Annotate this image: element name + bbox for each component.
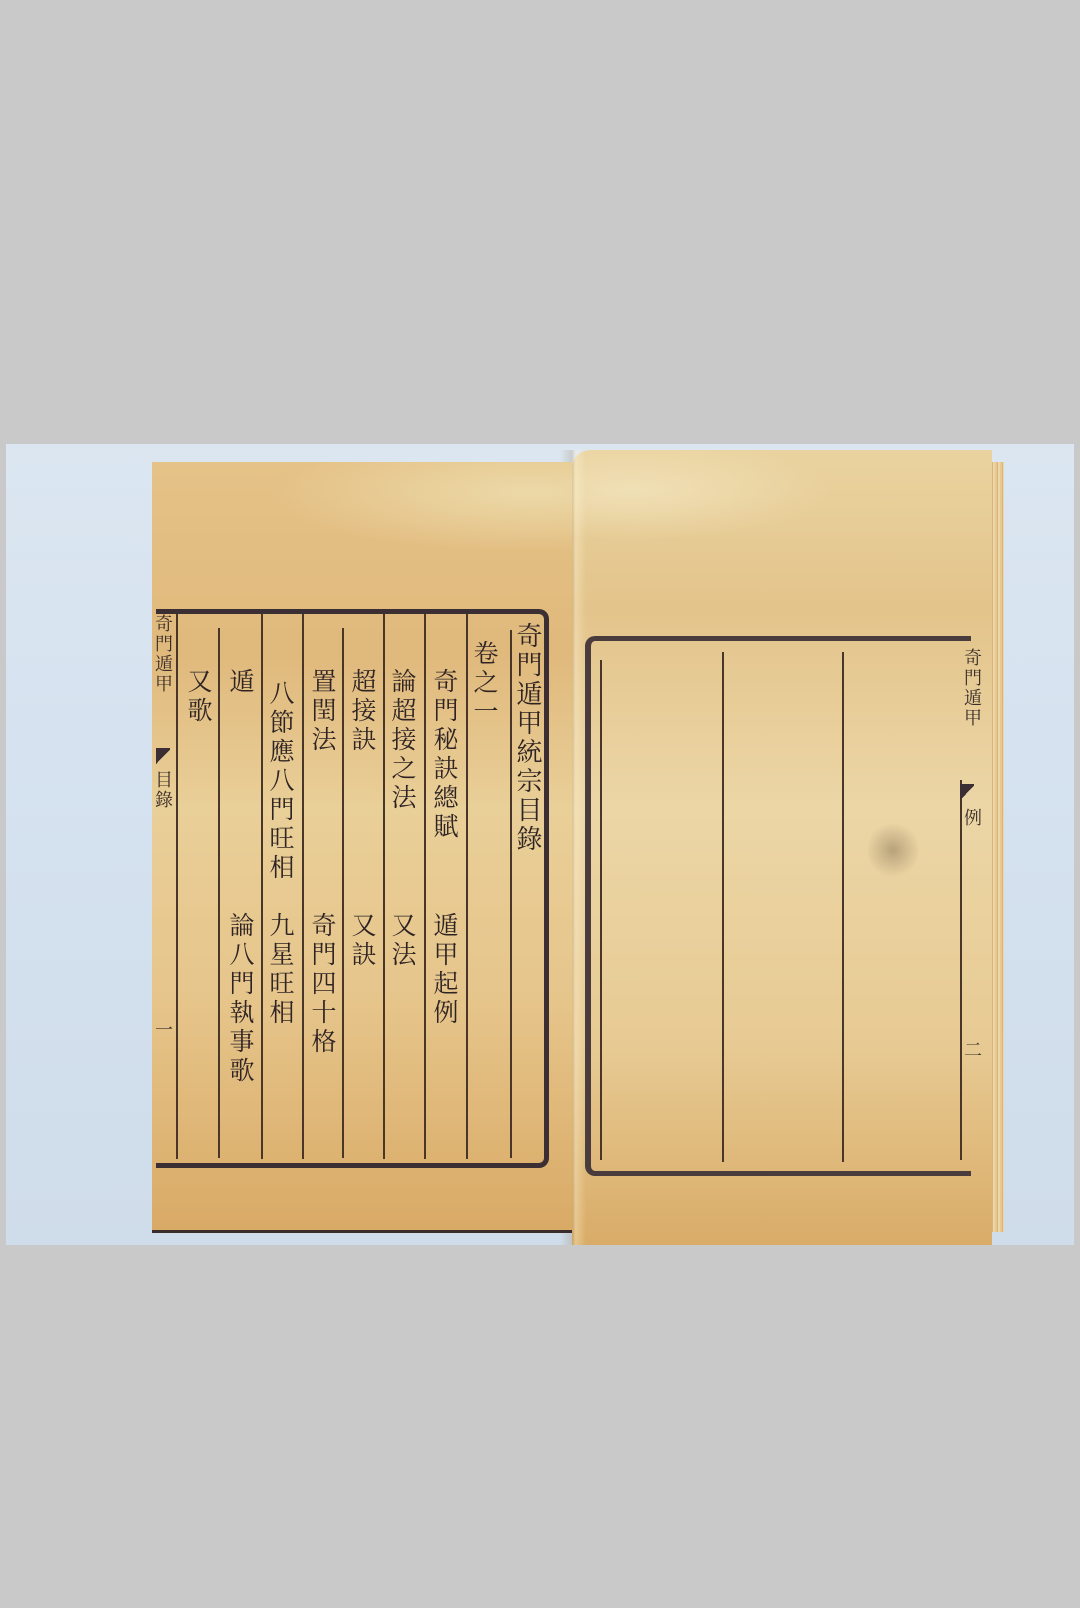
toc-entry: 論超接之法 [390,668,415,813]
toc-entry: 論八門執事歌 [228,912,253,1086]
column-rule [261,614,263,1159]
toc-entry: 遁甲起例 [432,912,457,1028]
left-margin-title: 奇門遁甲 [153,614,171,694]
toc-entry: 九星旺相 [268,912,293,1028]
column-rule [383,614,385,1159]
right-margin-folio: 二 [962,1040,980,1060]
fish-tail-mark-icon [960,784,974,802]
left-margin-folio: 一 [153,1020,171,1040]
right-column-rule [722,652,724,1162]
left-margin-section: 目錄 [153,770,171,810]
right-page-frame [585,636,971,1176]
toc-title: 奇門遁甲統宗目錄 [514,622,540,854]
column-rule [302,614,304,1159]
column-rule [342,628,344,1158]
toc-entry: 奇門秘訣總賦 [432,668,457,842]
column-rule [424,614,426,1159]
column-rule [466,614,468,1159]
right-column-rule [960,780,962,1160]
right-column-rule [842,652,844,1162]
toc-entry: 置閏法 [310,668,335,755]
right-page-stacked-edges [990,462,1004,1232]
volume-heading: 卷之一 [472,640,497,727]
toc-entry: 超接訣 [350,668,375,755]
right-margin-title: 奇門遁甲 [962,648,980,728]
toc-entry: 又法 [390,912,415,970]
toc-entry: 遁 [228,668,253,697]
right-margin-section: 例 [962,808,980,828]
fish-tail-mark-icon [156,748,170,766]
right-column-rule [600,660,602,1160]
toc-entry: 八節應八門旺相 [268,680,293,883]
toc-entry: 又歌 [186,668,211,726]
column-rule [218,628,220,1158]
column-rule [176,614,178,1159]
toc-entry: 奇門四十格 [310,912,335,1057]
toc-entry: 又訣 [350,912,375,970]
ink-smudge [868,820,918,880]
